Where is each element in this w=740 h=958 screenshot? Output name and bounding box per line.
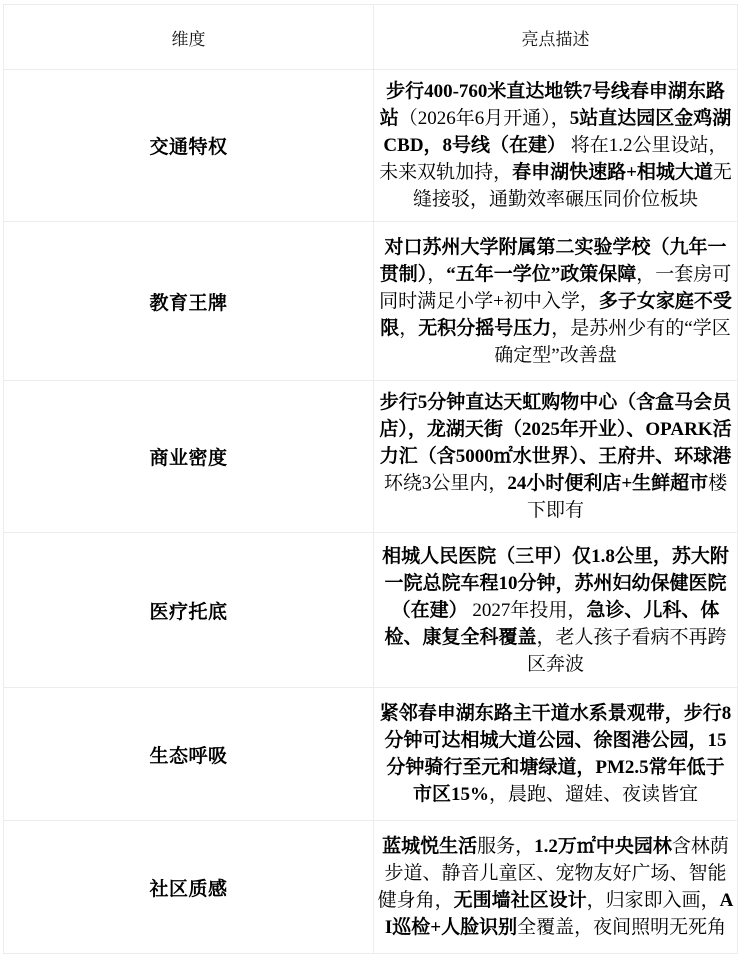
table-row: 社区质感蓝城悦生活服务，1.2万㎡中央园林含林荫步道、静音儿童区、宠物友好广场、… xyxy=(4,821,738,954)
highlights-table: 维度 亮点描述 交通特权步行400-760米直达地铁7号线春申湖东路站（2026… xyxy=(3,4,738,954)
dimension-label: 社区质感 xyxy=(4,821,374,954)
description-highlight: 蓝城悦生活 xyxy=(382,836,477,857)
table-row: 教育王牌对口苏州大学附属第二实验学校（九年一贯制），“五年一学位”政策保障，一套… xyxy=(4,222,738,381)
description-text: ， xyxy=(427,264,446,285)
description-text: ，归家即入画， xyxy=(587,890,720,911)
dimension-label: 医疗托底 xyxy=(4,533,374,688)
column-header-description: 亮点描述 xyxy=(374,5,738,70)
table-row: 商业密度步行5分钟直达天虹购物中心（含盒马会员店），龙湖天街（2025年开业）、… xyxy=(4,381,738,533)
description-text: 2027年投用， xyxy=(468,600,587,621)
description-text: 环绕3公里内， xyxy=(384,473,508,494)
description-text: （2026年6月开通）， xyxy=(399,108,570,129)
description-highlight: 无积分摇号压力 xyxy=(418,318,551,339)
dimension-label: 教育王牌 xyxy=(4,222,374,381)
description-text: ， xyxy=(399,318,418,339)
table-row: 交通特权步行400-760米直达地铁7号线春申湖东路站（2026年6月开通），5… xyxy=(4,70,738,222)
description-cell: 蓝城悦生活服务，1.2万㎡中央园林含林荫步道、静音儿童区、宠物友好广场、智能健身… xyxy=(374,821,738,954)
description-highlight: 春申湖快速路+相城大道 xyxy=(512,162,713,183)
description-highlight: 1.2万㎡中央园林 xyxy=(534,836,672,857)
dimension-label: 商业密度 xyxy=(4,381,374,533)
table-row: 医疗托底相城人民医院（三甲）仅1.8公里，苏大附一院总院车程10分钟，苏州妇幼保… xyxy=(4,533,738,688)
description-text: 全覆盖，夜间照明无死角 xyxy=(517,917,726,938)
description-highlight: 24小时便利店+生鲜超市 xyxy=(507,473,708,494)
description-cell: 相城人民医院（三甲）仅1.8公里，苏大附一院总院车程10分钟，苏州妇幼保健医院（… xyxy=(374,533,738,688)
dimension-label: 交通特权 xyxy=(4,70,374,222)
description-text: ，老人孩子看病不再跨区奔波 xyxy=(527,627,727,675)
dimension-label: 生态呼吸 xyxy=(4,688,374,821)
description-highlight: “五年一学位”政策保障 xyxy=(446,264,636,285)
description-cell: 紧邻春申湖东路主干道水系景观带，步行8分钟可达相城大道公园、徐图港公园，15分钟… xyxy=(374,688,738,821)
description-cell: 步行400-760米直达地铁7号线春申湖东路站（2026年6月开通），5站直达园… xyxy=(374,70,738,222)
description-cell: 对口苏州大学附属第二实验学校（九年一贯制），“五年一学位”政策保障，一套房可同时… xyxy=(374,222,738,381)
description-highlight: 无围墙社区设计 xyxy=(454,890,587,911)
description-highlight: 步行5分钟直达天虹购物中心（含盒马会员店），龙湖天街（2025年开业）、OPAR… xyxy=(379,392,731,467)
description-text: ，晨跑、遛娃、夜读皆宜 xyxy=(489,784,698,805)
header-row: 维度 亮点描述 xyxy=(4,5,738,70)
description-cell: 步行5分钟直达天虹购物中心（含盒马会员店），龙湖天街（2025年开业）、OPAR… xyxy=(374,381,738,533)
table-row: 生态呼吸紧邻春申湖东路主干道水系景观带，步行8分钟可达相城大道公园、徐图港公园，… xyxy=(4,688,738,821)
page: 维度 亮点描述 交通特权步行400-760米直达地铁7号线春申湖东路站（2026… xyxy=(0,0,740,958)
table-body: 交通特权步行400-760米直达地铁7号线春申湖东路站（2026年6月开通），5… xyxy=(4,70,738,954)
column-header-dimension: 维度 xyxy=(4,5,374,70)
description-text: 服务， xyxy=(477,836,534,857)
